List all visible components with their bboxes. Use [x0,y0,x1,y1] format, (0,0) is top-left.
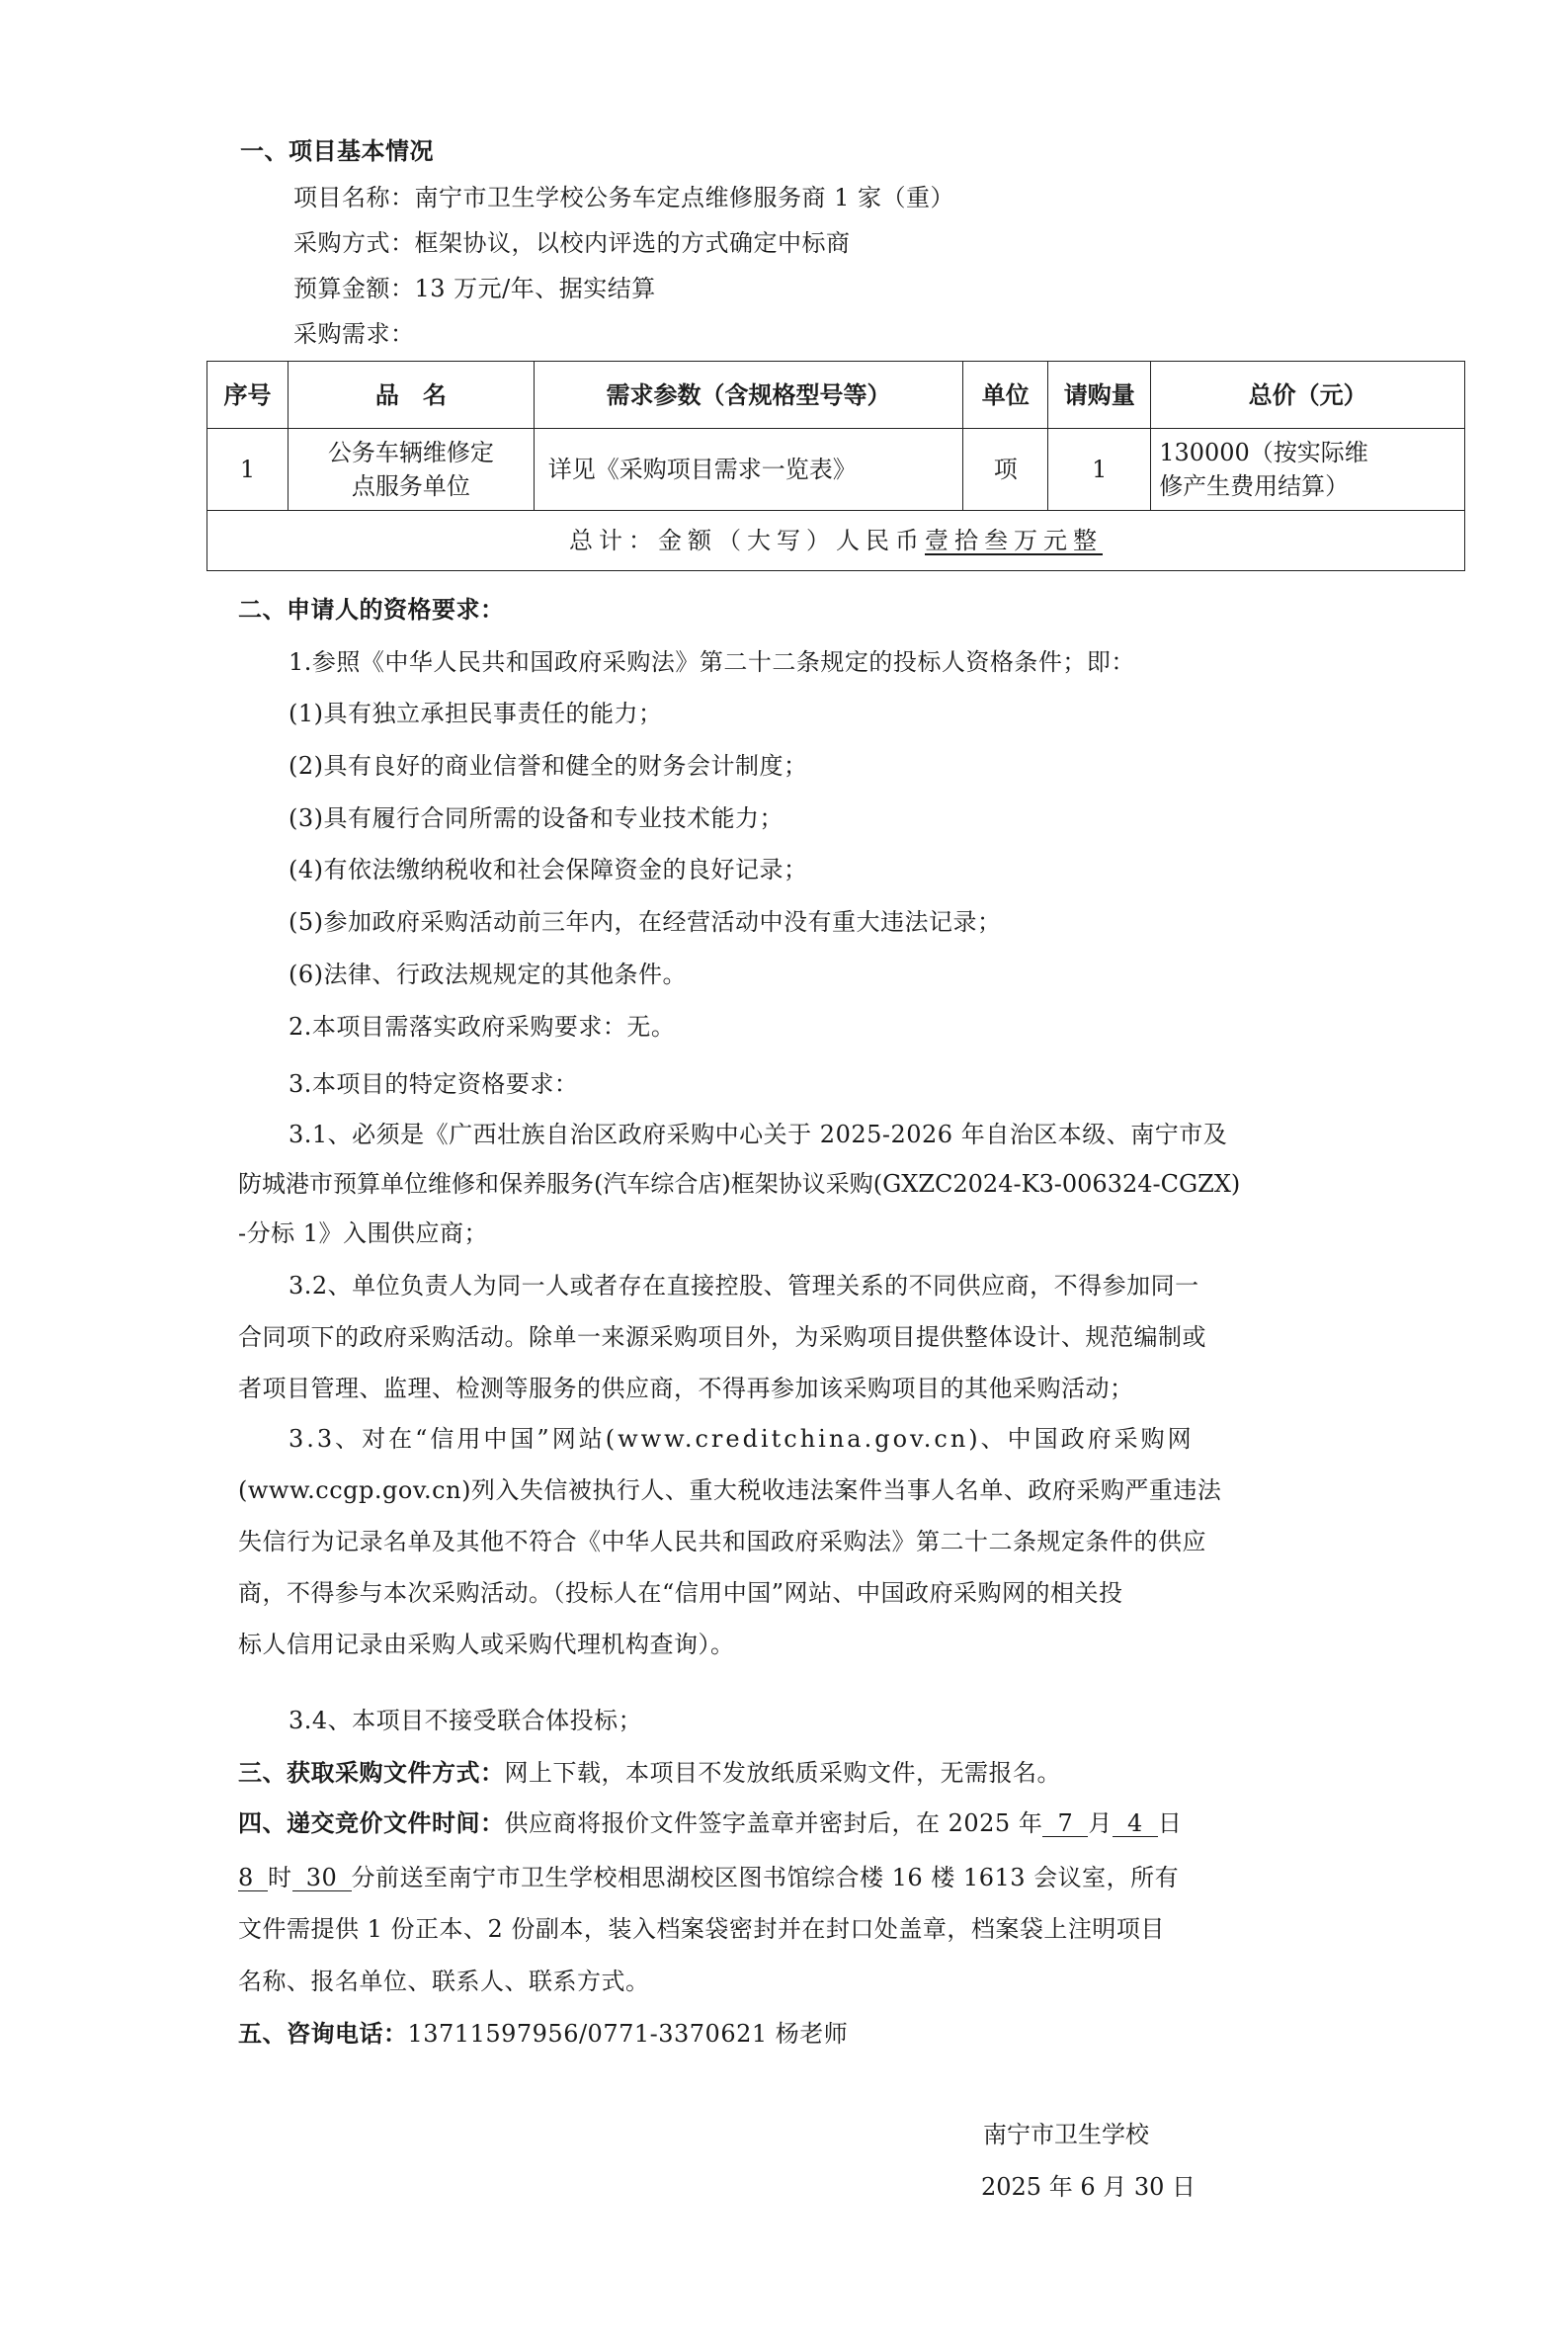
section-3-heading: 三、获取采购文件方式： [238,1758,505,1787]
item-3-3-line4: 商，不得参与本次采购活动。（投标人在“信用中国”网站、中国政府采购网的相关投 [238,1577,1463,1609]
project-name-label: 项目名称： [293,184,415,211]
submit-hour: 8 [238,1865,268,1891]
qualification-item-3: 3.本项目的特定资格要求： [289,1068,1514,1100]
cell-grand-total: 总计：金额（大写）人民币壹拾叁万元整 [207,511,1465,571]
signature-org: 南宁市卫生学校 [983,2119,1149,2150]
item-3-2-line2: 合同项下的政府采购活动。除单一来源采购项目外，为采购项目提供整体设计、规范编制或 [238,1321,1463,1353]
cell-item-name: 公务车辆维修定 点服务单位 [288,429,534,511]
document-page: 一、项目基本情况 项目名称：南宁市卫生学校公务车定点维修服务商 1 家（重） 采… [0,0,1568,2349]
section-4-line2: 8时30分前送至南宁市卫生学校相思湖校区图书馆综合楼 16 楼 1613 会议室… [238,1862,1463,1893]
cell-item-name-line2: 点服务单位 [294,469,528,503]
cell-params: 详见《采购项目需求一览表》 [534,429,963,511]
section-5-line: 五、咨询电话：13711597956/0771-3370621 杨老师 [238,2018,1463,2050]
qualification-item-2: 2.本项目需落实政府采购要求：无。 [289,1011,1514,1043]
item-3-1-line3: -分标 1》入围供应商； [238,1217,1463,1249]
procurement-method-label: 采购方式： [293,229,415,257]
project-name-value: 南宁市卫生学校公务车定点维修服务商 1 家（重） [415,184,955,211]
cell-total-price-line1: 130000（按实际维 [1159,436,1458,469]
section-4-line4: 名称、报名单位、联系人、联系方式。 [238,1966,1463,1997]
cell-total-price-line2: 修产生费用结算） [1159,469,1458,503]
cell-total-price: 130000（按实际维 修产生费用结算） [1151,429,1465,511]
qualification-sub-3: (3)具有履行合同所需的设备和专业技术能力； [289,802,1514,834]
section-3-text: 网上下载，本项目不发放纸质采购文件，无需报名。 [505,1759,1062,1787]
item-3-2-line3: 者项目管理、监理、检测等服务的供应商，不得再参加该采购项目的其他采购活动； [238,1373,1463,1404]
signature-date: 2025 年 6 月 30 日 [981,2171,1196,2203]
table-total-row: 总计：金额（大写）人民币壹拾叁万元整 [207,511,1465,571]
procurement-method-value: 框架协议，以校内评选的方式确定中标商 [415,229,851,257]
requirement-label: 采购需求： [293,318,1519,350]
section-4-line3: 文件需提供 1 份正本、2 份副本，装入档案袋密封并在封口处盖章，档案袋上注明项… [238,1913,1463,1945]
item-3-3-line2: (www.ccgp.gov.cn)列入失信被执行人、重大税收违法案件当事人名单、… [238,1474,1463,1506]
section-4-line1: 四、递交竞价文件时间：供应商将报价文件签字盖章并密封后，在 2025 年7月4日 [238,1807,1463,1839]
section-4-text-a: 供应商将报价文件签字盖章并密封后，在 2025 年 [505,1809,1043,1837]
procurement-method-line: 采购方式：框架协议，以校内评选的方式确定中标商 [293,227,1519,259]
qualification-sub-2: (2)具有良好的商业信誉和健全的财务会计制度； [289,750,1514,782]
header-total-price: 总价（元） [1151,362,1465,429]
contact-person: 杨老师 [776,2020,849,2048]
cell-unit: 项 [963,429,1048,511]
grand-total-prefix: 总计：金额（大写）人民币 [569,527,925,554]
header-unit: 单位 [963,362,1048,429]
month-suffix: 月 [1088,1809,1113,1837]
project-name-line: 项目名称：南宁市卫生学校公务车定点维修服务商 1 家（重） [293,182,1519,213]
item-3-1-line1: 3.1、必须是《广西壮族自治区政府采购中心关于 2025-2026 年自治区本级… [289,1119,1462,1150]
header-item-name: 品 名 [288,362,534,429]
qualification-sub-6: (6)法律、行政法规规定的其他条件。 [289,959,1514,990]
day-suffix: 日 [1158,1809,1183,1837]
budget-label: 预算金额： [293,275,415,302]
qualification-sub-1: (1)具有独立承担民事责任的能力； [289,698,1514,729]
cell-qty: 1 [1048,429,1151,511]
item-3-4: 3.4、本项目不接受联合体投标； [289,1705,1514,1736]
header-no: 序号 [207,362,289,429]
item-3-3-line5: 标人信用记录由采购人或采购代理机构查询）。 [238,1629,1463,1660]
requirements-table: 序号 品 名 需求参数（含规格型号等） 单位 请购量 总价（元） 1 公务车辆维… [206,361,1465,571]
table-row: 1 公务车辆维修定 点服务单位 详见《采购项目需求一览表》 项 1 130000… [207,429,1465,511]
header-params: 需求参数（含规格型号等） [534,362,963,429]
item-3-3-line3: 失信行为记录名单及其他不符合《中华人民共和国政府采购法》第二十二条规定条件的供应 [238,1526,1463,1557]
qualification-sub-5: (5)参加政府采购活动前三年内，在经营活动中没有重大违法记录； [289,906,1514,938]
budget-value: 13 万元/年、据实结算 [415,275,656,302]
section-3-line: 三、获取采购文件方式：网上下载，本项目不发放纸质采购文件，无需报名。 [238,1757,1463,1789]
contact-phone: 13711597956/0771-3370621 [408,2020,768,2048]
item-3-2-line1: 3.2、单位负责人为同一人或者存在直接控股、管理关系的不同供应商，不得参加同一 [289,1270,1514,1301]
header-qty: 请购量 [1048,362,1151,429]
item-3-1-line2: 防城港市预算单位维修和保养服务(汽车综合店)框架协议采购(GXZC2024-K3… [238,1168,1463,1200]
section-1-heading: 一、项目基本情况 [240,135,1465,167]
submit-minute: 30 [292,1865,352,1891]
section-4-text-b: 分前送至南宁市卫生学校相思湖校区图书馆综合楼 16 楼 1613 会议室，所有 [352,1864,1180,1891]
table-header-row: 序号 品 名 需求参数（含规格型号等） 单位 请购量 总价（元） [207,362,1465,429]
item-3-3-line1: 3.3、对在“信用中国”网站(www.creditchina.gov.cn)、中… [289,1423,1514,1455]
cell-no: 1 [207,429,289,511]
budget-line: 预算金额：13 万元/年、据实结算 [293,273,1519,304]
section-2-heading: 二、申请人的资格要求： [238,594,1463,626]
section-5-heading: 五、咨询电话： [238,2019,408,2048]
hour-suffix: 时 [268,1864,292,1891]
qualification-item-1: 1.参照《中华人民共和国政府采购法》第二十二条规定的投标人资格条件；即： [289,646,1514,678]
section-4-heading: 四、递交竞价文件时间： [238,1808,505,1837]
grand-total-amount: 壹拾叁万元整 [925,527,1103,554]
qualification-sub-4: (4)有依法缴纳税收和社会保障资金的良好记录； [289,854,1514,885]
submit-day: 4 [1113,1810,1158,1837]
submit-month: 7 [1042,1810,1088,1837]
cell-item-name-line1: 公务车辆维修定 [294,436,528,469]
